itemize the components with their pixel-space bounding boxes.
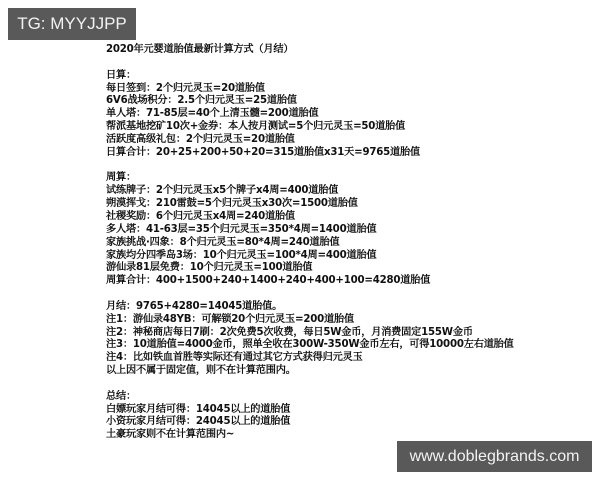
- weekly-line: 多人塔：41-63层=35个归元灵玉=350*4周=1400道胎值: [106, 224, 526, 237]
- spacer: [106, 288, 526, 301]
- summary-line: 小资玩家月结可得：24045以上的道胎值: [106, 416, 526, 429]
- weekly-heading: 周算：: [106, 172, 526, 185]
- daily-line: 帮派基地挖矿10次+金券：本人按月测试=5个归元灵玉=50道胎值: [106, 121, 526, 134]
- summary-line: 白嫖玩家月结可得：14045以上的道胎值: [106, 404, 526, 417]
- watermark-url-badge: www.doblegbrands.com: [397, 441, 592, 472]
- weekly-section: 周算： 试练牌子：2个归元灵玉x5个牌子x4周=400道胎值 朔漠挥戈：210雷…: [106, 172, 526, 288]
- spacer: [106, 160, 526, 173]
- weekly-line: 家族均分四季岛3场：10个归元灵玉=100*4周=400道胎值: [106, 250, 526, 263]
- note-line: 注1：游仙录48YB：可解锁20个归元灵玉=200道胎值: [106, 314, 526, 327]
- document-title: 2020年元婴道胎值最新计算方式（月结）: [106, 44, 526, 57]
- weekly-line: 家族挑战·四象：8个归元灵玉=80*4周=240道胎值: [106, 237, 526, 250]
- spacer: [106, 378, 526, 391]
- note-line: 注3：10道胎值=4000金币，照单全收在300W-350W金币左右，可得100…: [106, 339, 526, 352]
- daily-line: 单人塔：71-85层=40个上清玉髓=200道胎值: [106, 108, 526, 121]
- weekly-line: 社稷奖励：6个归元灵玉x4周=240道胎值: [106, 211, 526, 224]
- watermark-url-text: www.doblegbrands.com: [410, 448, 580, 466]
- spacer: [106, 57, 526, 70]
- daily-total: 日算合计：20+25+200+50+20=315道胎值x31天=9765道胎值: [106, 147, 526, 160]
- note-line: 以上因不属于固定值，则不在计算范围内。: [106, 365, 526, 378]
- summary-section: 总结： 白嫖玩家月结可得：14045以上的道胎值 小资玩家月结可得：24045以…: [106, 391, 526, 442]
- note-line: 注4：比如铁血首胜等实际还有通过其它方式获得归元灵玉: [106, 352, 526, 365]
- monthly-section: 月结：9765+4280=14045道胎值。 注1：游仙录48YB：可解锁20个…: [106, 301, 526, 378]
- daily-line: 6V6战场积分：2.5个归元灵玉=25道胎值: [106, 95, 526, 108]
- weekly-total: 周算合计：400+1500+240+1400+240+400+100=4280道…: [106, 275, 526, 288]
- watermark-tg-text: TG: MYYJJPP: [17, 14, 127, 34]
- daily-line: 活跃度高级礼包：2个归元灵玉=20道胎值: [106, 134, 526, 147]
- weekly-line: 游仙录81层免费：10个归元灵玉=100道胎值: [106, 262, 526, 275]
- summary-heading: 总结：: [106, 391, 526, 404]
- weekly-line: 朔漠挥戈：210雷鼓=5个归元灵玉x30次=1500道胎值: [106, 198, 526, 211]
- watermark-tg-badge: TG: MYYJJPP: [8, 8, 136, 40]
- monthly-total: 月结：9765+4280=14045道胎值。: [106, 301, 526, 314]
- daily-section: 日算： 每日签到：2个归元灵玉=20道胎值 6V6战场积分：2.5个归元灵玉=2…: [106, 70, 526, 160]
- daily-heading: 日算：: [106, 70, 526, 83]
- document-body: 2020年元婴道胎值最新计算方式（月结） 日算： 每日签到：2个归元灵玉=20道…: [106, 44, 526, 442]
- weekly-line: 试练牌子：2个归元灵玉x5个牌子x4周=400道胎值: [106, 185, 526, 198]
- daily-line: 每日签到：2个归元灵玉=20道胎值: [106, 83, 526, 96]
- note-line: 注2：神秘商店每日7刷：2次免费5次收费，每日5W金币，月消费固定155W金币: [106, 327, 526, 340]
